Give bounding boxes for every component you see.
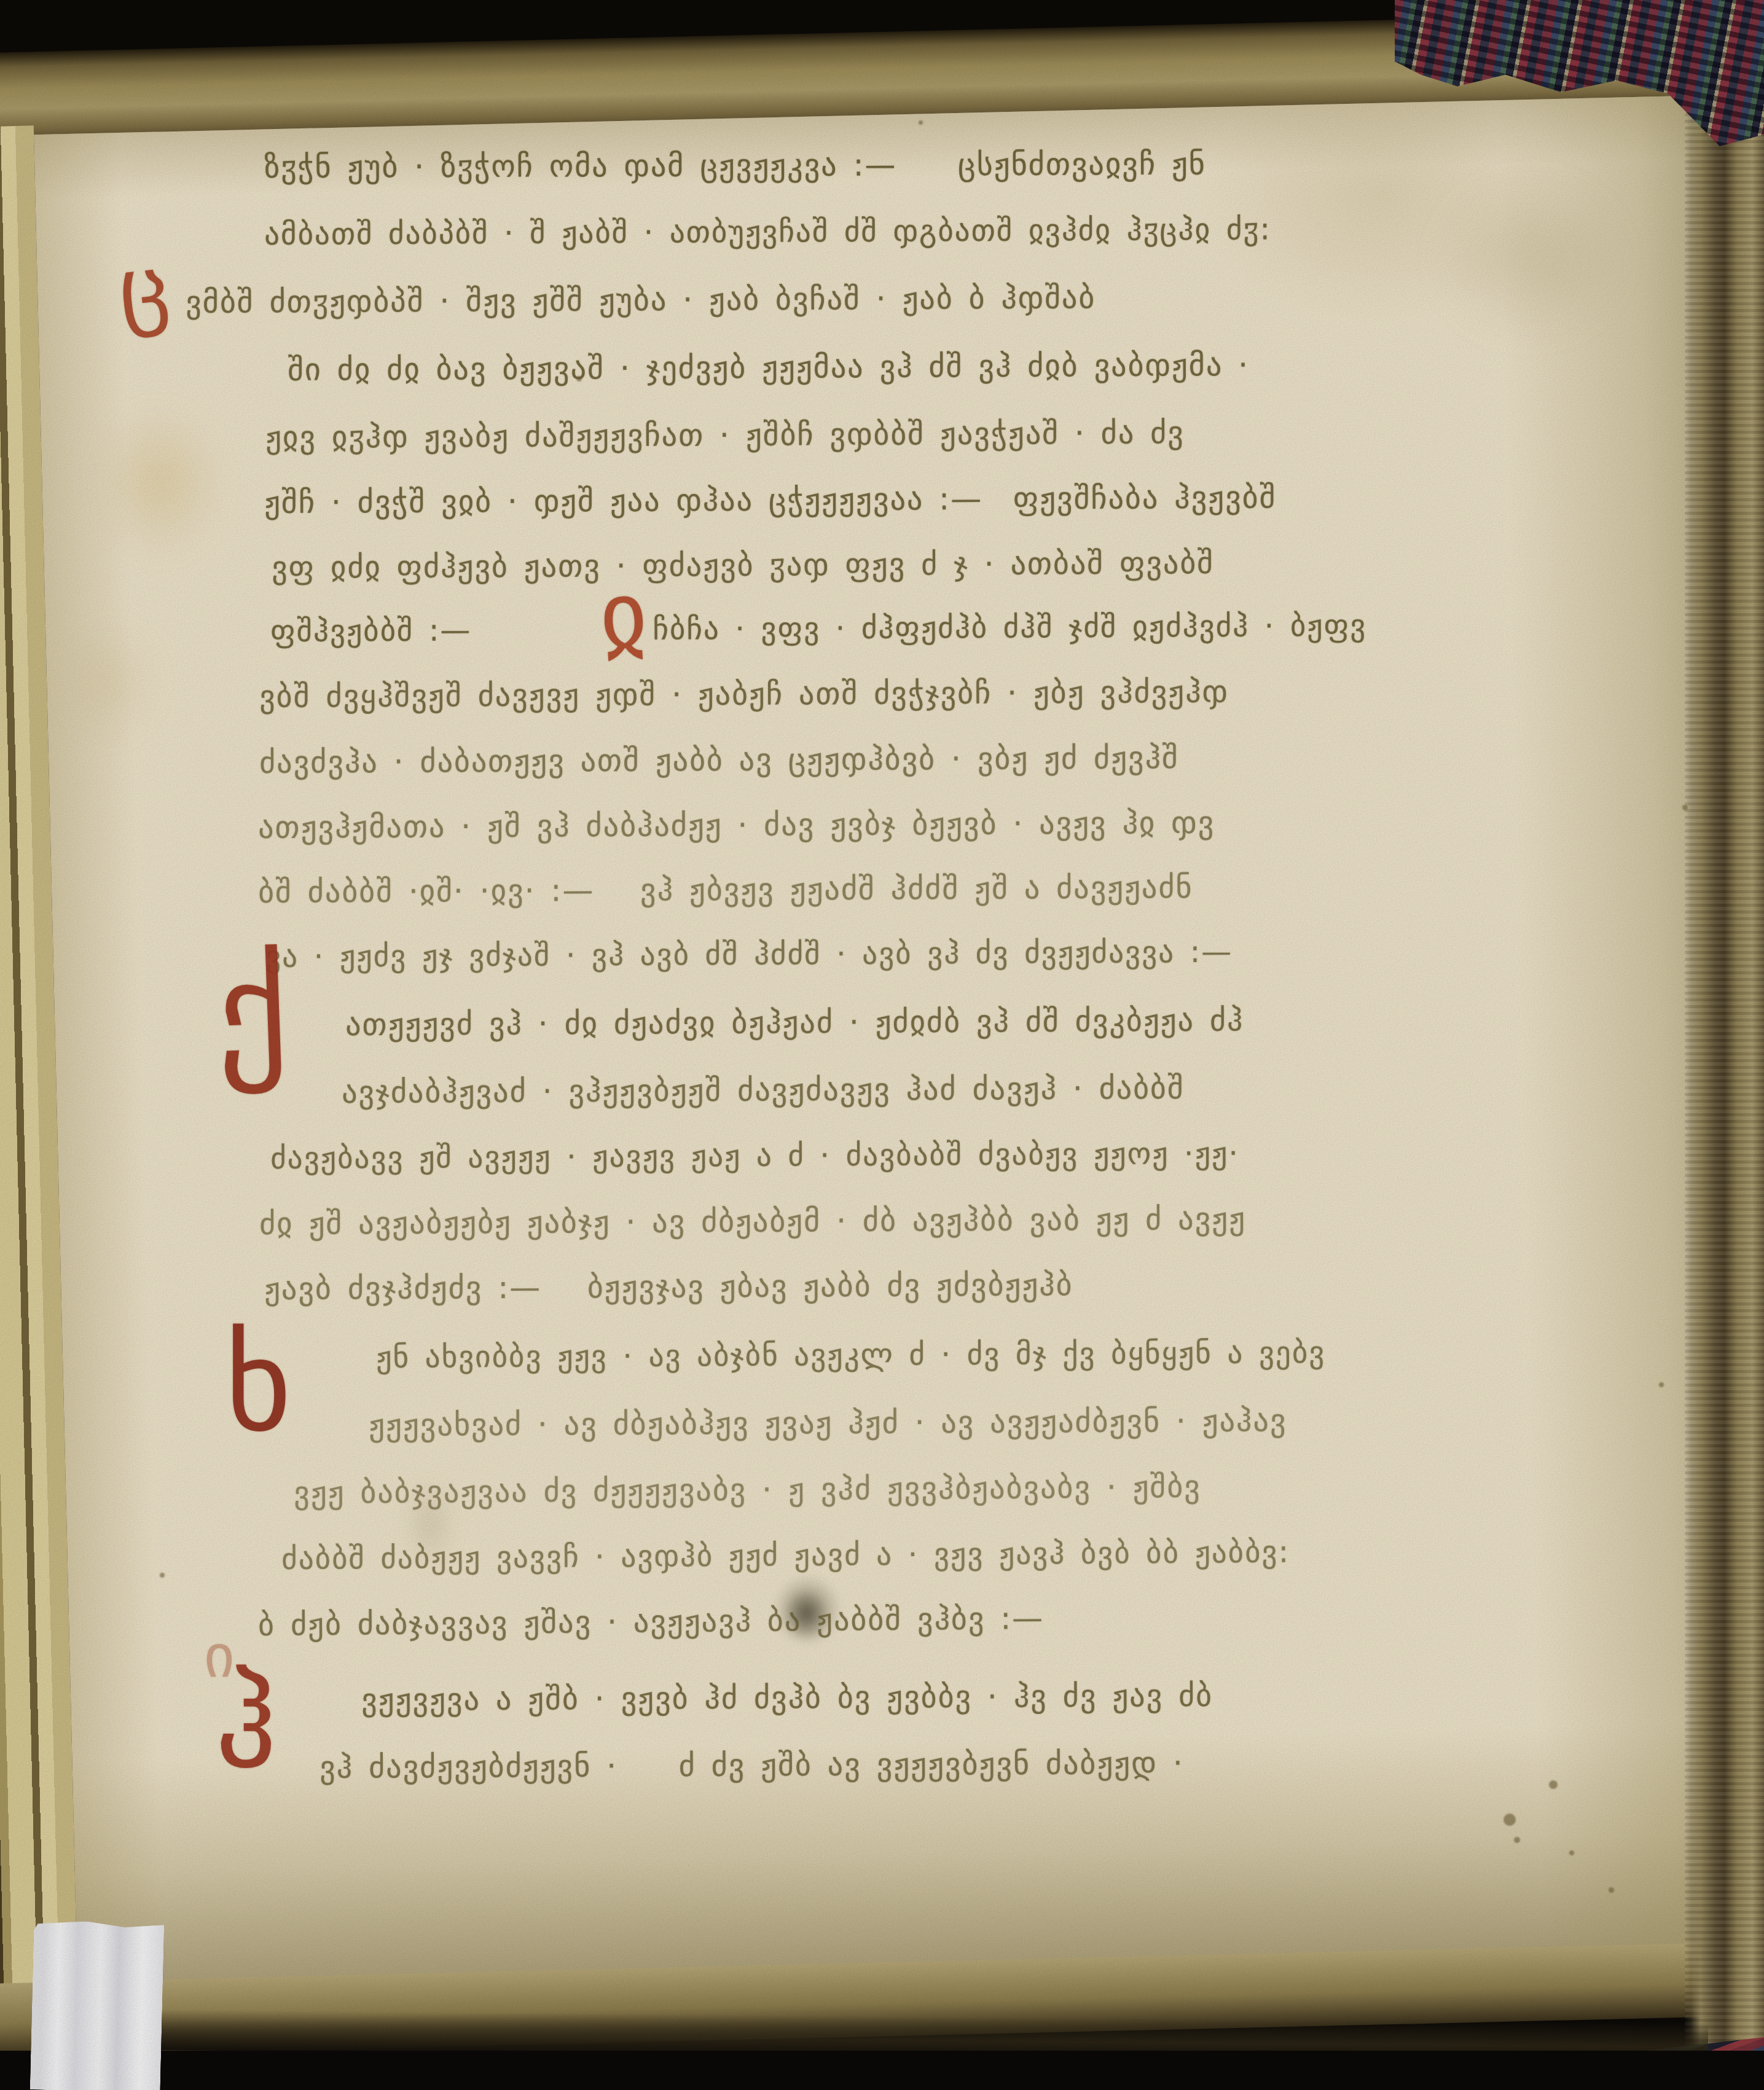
manuscript-text-layer: ზჳჭნ ჟუბ · ზჳჭოჩ ომა ჶამ ცჟვჟჟკვა :— ცსჟ…	[0, 0, 1764, 2090]
manuscript-line-17: ძჲ ჟშ ავჟაბჟჟბჟ ჟაბჯჟ · ავ ძბჟაბჟმ · ძბ …	[259, 1204, 1246, 1239]
ink-spot-3	[1514, 1837, 1520, 1843]
manuscript-line-23: ბ ძჟბ ძაბჯავვავ ჟშავ · ავჟჟავჰ ბა ჟაბბშ …	[258, 1603, 1044, 1640]
manuscript-line-21: ვჟჟ ბაბჯვაჟვაა ძვ ძჟჟჟჟვაბვ · ჟ ვჰძ ჟვვჰ…	[294, 1471, 1201, 1508]
page-marker-tab	[30, 1920, 165, 2090]
manuscript-line-6: ჟშჩ · ძვჭშ ვჲბ · ჶჟშ ჟაა ჶჰაა ცჭჟჟჟჟვაა …	[264, 482, 1277, 518]
manuscript-line-20: ჟჟჟვახვაძ · ავ ძბჟაბჰჟვ ჟვაჟ ჰჟძ · ავ ავ…	[369, 1405, 1287, 1441]
manuscript-line-15: ავჯძაბჰჟვაძ · ვჰჟჟვბჟჟშ ძავჟძავჟვ ჰაძ ძა…	[342, 1073, 1185, 1108]
manuscript-line-16: ძავჟბავვ ჟშ ავჟჟჟ · ჟავჟვ ჟაჟ ა ძ · ძავბ…	[270, 1138, 1239, 1173]
manuscript-photo: { "note": "Photograph of a parchment cod…	[0, 0, 1764, 2090]
manuscript-line-8: ფშჰვჟბბშ :— ჩბჩა · ვფვ · ძჰფჟძჰბ ძჰშ ჯძშ…	[270, 611, 1366, 646]
ink-spot-4	[1609, 1887, 1614, 1893]
manuscript-line-1: ზჳჭნ ჟუბ · ზჳჭოჩ ომა ჶამ ცჟვჟჟკვა :— ცსჟ…	[264, 149, 1206, 182]
manuscript-line-3: ვმბშ ძთჳჟჶბპშ · შჟვ ჟშშ ჟუბა · ჟაბ ბვჩაშ…	[186, 282, 1096, 318]
manuscript-line-18: ჟავბ ძვჯჰძჟძვ :— ბჟჟვჯავ ჟბავ ჟაბბ ძვ ჟძ…	[264, 1269, 1073, 1304]
manuscript-line-9: ვბშ ძვყჰშვჟშ ძავჟვჟ ჟჶშ · ჟაბჟჩ ათშ ძვჭჯ…	[259, 676, 1229, 712]
manuscript-line-4: ში ძჲ ძჲ ბავ ბჟჟვაშ · ჯეძვჟბ ჟჟჟმაა ვჰ ძ…	[288, 350, 1249, 385]
ink-spot-7	[1682, 805, 1688, 810]
manuscript-line-2: ამბათშ ძაბპბშ · შ ჟაბშ · ათბუჟვჩაშ ძშ ჶგ…	[264, 214, 1271, 249]
manuscript-line-7: ვფ ჲძჲ ფძჰჟვბ ჟათვ · ფძაჟვბ ჳაჶ ფჟვ ძ ჯ …	[272, 547, 1214, 583]
ink-spot-10	[1569, 1850, 1574, 1855]
manuscript-line-11: ათჟვჰჟმათა · ჟშ ვჰ ძაბჰაძჟჟ · ძავ ჟვბჯ ბ…	[258, 807, 1215, 843]
manuscript-line-13: ვა · ჟჟძვ ჟჯ ვძჯაშ · ვჰ ავბ ძშ ჰძძშ · ავ…	[265, 937, 1233, 972]
manuscript-line-19: ჟნ ახვიბბვ ჟჟვ · ავ აბჯბნ ავჟკლ ძ · ძვ მ…	[376, 1337, 1326, 1372]
manuscript-line-12: ბშ ძაბბშ ·ჲშ· ·ჲვ· :— ვჰ ჟბვჟვ ჟჟაძშ ჰძძ…	[258, 872, 1193, 907]
ink-spot-5	[576, 376, 582, 382]
rubricated-initial-2: ჲ	[597, 568, 649, 663]
stain-3	[1401, 147, 1659, 369]
rubricated-initial-4: ხ	[225, 1322, 292, 1450]
stain-1	[74, 381, 246, 584]
ink-spot-9	[160, 1573, 165, 1578]
rubricated-initial-1: ც	[114, 242, 173, 334]
manuscript-line-25: ვჰ ძავძჟვჟბძჟჟვნ · ძ ძვ ჟშბ ავ ვჟჟჟვბჟვნ…	[319, 1748, 1184, 1783]
manuscript-line-5: ჟჲვ ჲჳჰჶ ჟვაბჟ ძაშჟჟჟვჩათ · ჟშბჩ ვჶბბშ ჟ…	[265, 417, 1185, 453]
ink-spot-6	[1659, 1382, 1664, 1387]
ink-spot-2	[1549, 1780, 1558, 1789]
manuscript-line-22: ძაბბშ ძაბჟჟჟ ვავვჩ · ავჶჰბ ჟჟძ ჟავძ ა · …	[281, 1537, 1290, 1574]
manuscript-line-10: ძავძვჰა · ძაბათჟჟვ ათშ ჟაბბ ავ ცჟჟჶჰბვბ …	[259, 742, 1179, 778]
stain-2	[49, 602, 172, 762]
ink-spot-1	[1503, 1814, 1516, 1826]
manuscript-line-14: ათჟჟჟვძ ვჰ · ძჲ ძჟაძვჲ ბჟჰჟაძ · ჟძჲძბ ვჰ…	[345, 1004, 1244, 1040]
ink-spot-8	[919, 120, 923, 125]
rubricated-initial-3: ქ	[214, 941, 291, 1084]
rubricated-initial-6: ჰ	[215, 1664, 277, 1785]
manuscript-line-24: ვჟჟვჟვა ა ჟშბ · ვჟვბ ჰძ ძვჰბ ბვ ჟვბბვ · …	[361, 1680, 1213, 1715]
